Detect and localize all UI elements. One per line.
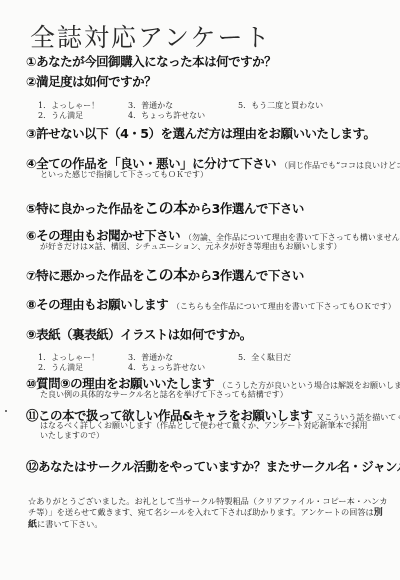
question-text: あなたが今回御購入になった本は何ですか？: [36, 54, 276, 69]
question-note: （勿論、全作品について理由を書いて下さっても構いません。絵: [184, 233, 400, 242]
question-12: ⑫あなたはサークル活動をやっていますか？またサークル名・ジャンルは何ですか: [26, 457, 400, 475]
question-number: ①: [26, 54, 36, 69]
option: 5．もう二度と買わない: [238, 101, 358, 111]
question-note: （こうした方が良いという場合は解説をお願いします。ま: [218, 381, 400, 390]
footer-text-end: に書いて下さい。: [37, 519, 103, 529]
question-text: から3作選んで下さい: [188, 268, 304, 283]
option: 5．全く駄目だ: [238, 353, 358, 363]
question-number: ⑧: [26, 297, 36, 312]
question-number: ⑨: [26, 327, 36, 342]
option: 2．うん満足: [38, 111, 128, 121]
question-number: ⑤: [26, 201, 36, 216]
question-number: ⑩: [26, 376, 36, 391]
question-text: 表紙（裏表紙）イラストは如何ですか。: [36, 327, 252, 342]
question-emphasis: この本: [144, 199, 188, 217]
option: 3．普通かな: [128, 353, 238, 363]
page-title: 全誌対応アンケート: [30, 18, 272, 54]
question-6-note-cont: が好きだけは×話、構図、シチュエーション、元ネタが好き等理由もお願いします）: [40, 242, 395, 252]
question-note: （同じ作品でも“ココは良いけどココは悪い”: [280, 161, 400, 170]
cover-options: 1．よっしゃー！ 3．普通かな 5．全く駄目だ 2．うん満足 4．ちょっち許せな…: [38, 353, 358, 373]
question-text: 特に悪かった作品を: [36, 268, 144, 283]
question-8: ⑧その理由もお願いします （こちらも全作品について理由を書いて下さってもＯＫです…: [26, 295, 396, 313]
question-number: ④: [26, 156, 36, 171]
question-11-note-cont2: いたしますので）: [40, 431, 395, 441]
question-1: ①あなたが今回御購入になった本は何ですか？: [26, 52, 276, 70]
option: 2．うん満足: [38, 363, 128, 373]
question-4-note-cont: といった感じで指摘して下さってもＯＫです）: [40, 170, 395, 180]
survey-page: 全誌対応アンケート ①あなたが今回御購入になった本は何ですか？ ②満足度は如何で…: [0, 0, 400, 580]
question-11-note-cont: はなるべく詳しくお願いします（作品として使わせて戴くか、アンケート対応新筆本で採…: [40, 421, 395, 431]
question-number: ③: [26, 126, 36, 141]
question-text: 特に良かった作品を: [36, 201, 144, 216]
question-text: その理由もお願いします: [36, 297, 168, 312]
question-number: ⑪: [26, 408, 38, 423]
option: 3．普通かな: [128, 101, 238, 111]
footer-note: ☆ありがとうございました。お礼として当サークル特製粗品（クリアファイル・コピー本…: [28, 496, 388, 531]
question-10-note-cont: た良い例の具体的なサークル名と誌名を挙げて下さっても結構です）: [40, 390, 395, 400]
question-emphasis: この本: [144, 266, 188, 284]
satisfaction-options: 1．よっしゃー！ 3．普通かな 5．もう二度と買わない 2．うん満足 4．ちょっ…: [38, 101, 358, 121]
question-text: 質問⑨の理由をお願いいたします: [36, 376, 214, 391]
question-text: 満足度は如何ですか？: [36, 74, 156, 89]
question-number: ②: [26, 74, 36, 89]
question-9: ⑨表紙（裏表紙）イラストは如何ですか。: [26, 325, 252, 343]
option: 4．ちょっち許せない: [128, 111, 238, 121]
question-note: （こちらも全作品について理由を書いて下さってもＯＫです）: [172, 302, 396, 311]
question-number: ⑦: [26, 268, 36, 283]
question-text: から3作選んで下さい: [188, 201, 304, 216]
question-text: その理由もお聞かせ下さい: [36, 228, 180, 243]
option: 4．ちょっち許せない: [128, 363, 238, 373]
question-7: ⑦特に悪かった作品をこの本から3作選んで下さい: [26, 264, 304, 285]
question-text: 許せない以下（4・5）を選んだ方は理由をお願いいたします。: [36, 126, 375, 141]
question-text: あなたはサークル活動をやっていますか？またサークル名・ジャンルは何ですか: [38, 459, 400, 474]
question-number: ⑥: [26, 228, 36, 243]
question-2: ②満足度は如何ですか？: [26, 72, 156, 90]
speck: [5, 410, 7, 412]
question-number: ⑫: [26, 459, 38, 474]
footer-text: ☆ありがとうございました。お礼として当サークル特製粗品（クリアファイル・コピー本…: [28, 496, 388, 517]
question-3: ③許せない以下（4・5）を選んだ方は理由をお願いいたします。: [26, 124, 376, 142]
question-5: ⑤特に良かった作品をこの本から3作選んで下さい: [26, 197, 304, 218]
option: 1．よっしゃー！: [38, 101, 128, 111]
question-text: 全ての作品を「良い・悪い」に分けて下さい: [36, 156, 276, 171]
option: 1．よっしゃー！: [38, 353, 128, 363]
